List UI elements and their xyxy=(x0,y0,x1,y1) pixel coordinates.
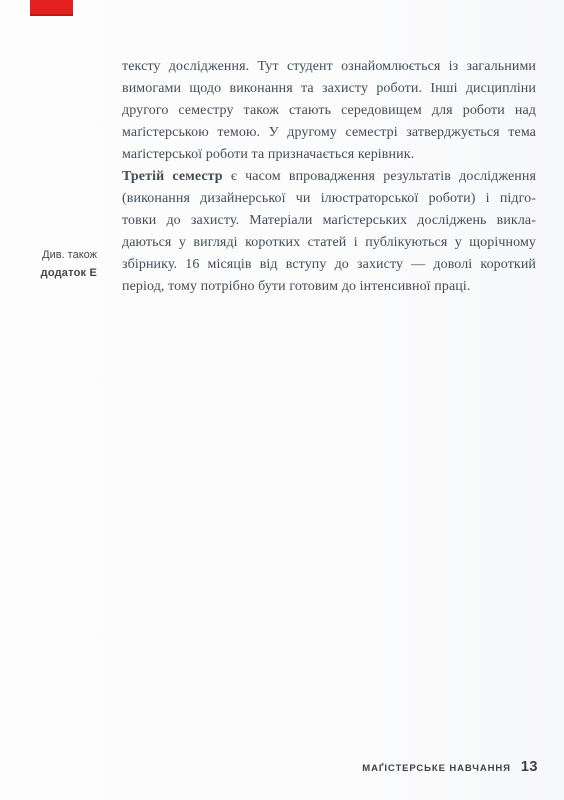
body-line: (виконання дизайнерської чи ілюстраторсь… xyxy=(122,188,536,210)
margin-note: Див. також додаток Е xyxy=(10,246,97,282)
body-line-text: маґістерської роботи та призначається ке… xyxy=(122,147,414,162)
body-line-text: вимогами щодо виконання та захисту робот… xyxy=(122,81,536,96)
body-line: вимогами щодо виконання та захисту робот… xyxy=(122,78,536,100)
margin-note-see-also: Див. також xyxy=(10,246,97,264)
margin-note-appendix-ref: додаток Е xyxy=(10,264,97,282)
body-line-text: період, тому потрібно бути готовим до ін… xyxy=(122,279,470,294)
body-line-text: другого семестру також стають середовище… xyxy=(122,103,536,118)
chapter-tab-marker xyxy=(30,0,73,16)
body-line-text: даються у вигляді коротких статей і публ… xyxy=(122,235,536,250)
body-line: товки до захисту. Матеріали маґістерськи… xyxy=(122,210,536,232)
body-line-text: (виконання дизайнерської чи ілюстраторсь… xyxy=(122,191,536,206)
page-number: 13 xyxy=(521,759,538,775)
body-line: період, тому потрібно бути готовим до ін… xyxy=(122,276,536,298)
body-line: збірнику. 16 місяців від вступу до захис… xyxy=(122,254,536,276)
body-line: маґістерської роботи та призначається ке… xyxy=(122,144,536,166)
body-line-text: збірнику. 16 місяців від вступу до захис… xyxy=(122,257,536,272)
body-line-text: тексту дослідження. Тут студент ознайомл… xyxy=(122,59,536,74)
body-line-text: є часом впровадження результатів дослідж… xyxy=(223,169,536,184)
page-footer: МАҐІСТЕРСЬКЕ НАВЧАННЯ 13 xyxy=(362,759,538,775)
body-text: тексту дослідження. Тут студент ознайомл… xyxy=(122,56,536,298)
book-page: тексту дослідження. Тут студент ознайомл… xyxy=(0,0,564,800)
body-line-bold: Третій семестр xyxy=(122,169,223,184)
body-line: Третій семестр є часом впровадження резу… xyxy=(122,166,536,188)
body-line: маґістерською темою. У другому семестрі … xyxy=(122,122,536,144)
body-line: даються у вигляді коротких статей і публ… xyxy=(122,232,536,254)
body-line-text: товки до захисту. Матеріали маґістерськи… xyxy=(122,213,536,228)
running-title: МАҐІСТЕРСЬКЕ НАВЧАННЯ xyxy=(362,763,511,774)
body-line: другого семестру також стають середовище… xyxy=(122,100,536,122)
body-line-text: маґістерською темою. У другому семестрі … xyxy=(122,125,536,140)
body-line: тексту дослідження. Тут студент ознайомл… xyxy=(122,56,536,78)
